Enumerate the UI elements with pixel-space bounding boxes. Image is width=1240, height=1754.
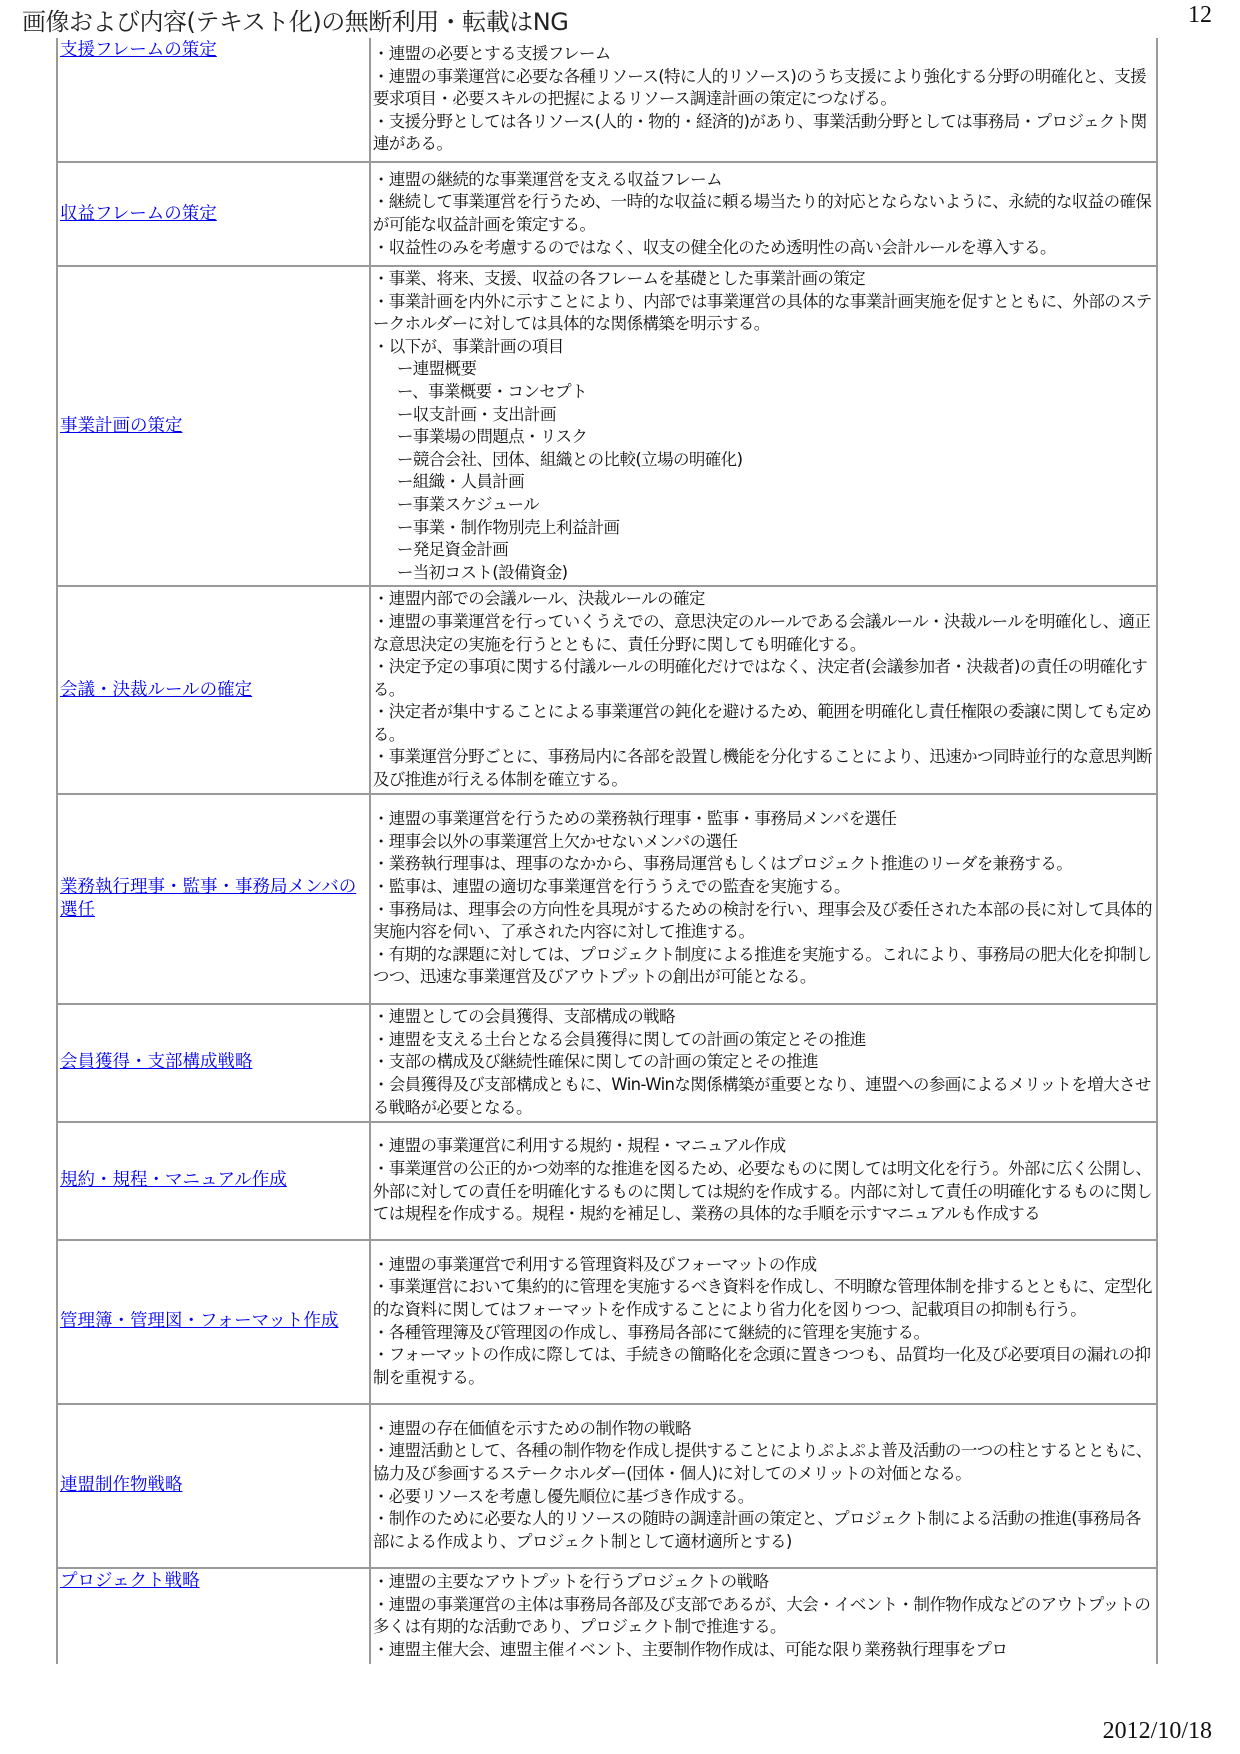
description-line: ・継続して事業運営を行うため、一時的な収益に頼る場当たり的対応とならないように、… [373, 191, 1154, 236]
table-row: 管理簿・管理図・フォーマット作成 ・連盟の事業運営で利用する管理資料及びフォーマ… [57, 1240, 1157, 1404]
item-link[interactable]: 会員獲得・支部構成戦略 [60, 1052, 253, 1072]
strategy-table-body: 支援フレームの策定 ・連盟の必要とする支援フレーム ・連盟の事業運営に必要な各種… [57, 38, 1157, 1664]
description-line: ・連盟の存在価値を示すための制作物の戦略 [373, 1418, 1154, 1441]
page-date: 2012/10/18 [1103, 1718, 1212, 1745]
description-line: ・事業運営の公正的かつ効率的な推進を図るため、必要なものに関しては明文化を行う。… [373, 1158, 1154, 1226]
description-line: ・連盟の事業運営を行っていくうえでの、意思決定のルールである会議ルール・決裁ルー… [373, 611, 1154, 656]
description-line: ・フォーマットの作成に際しては、手続きの簡略化を念頭に置きつつも、品質均一化及び… [373, 1344, 1154, 1389]
item-link[interactable]: 業務執行理事・監事・事務局メンバの選任 [60, 877, 356, 920]
description-line: ・連盟活動として、各種の制作物を作成し提供することによりぷよぷよ普及活動の一つの… [373, 1440, 1154, 1485]
table-row: 業務執行理事・監事・事務局メンバの選任 ・連盟の事業運営を行うための業務執行理事… [57, 794, 1157, 1004]
table-row: 支援フレームの策定 ・連盟の必要とする支援フレーム ・連盟の事業運営に必要な各種… [57, 38, 1157, 162]
description-line: ・連盟を支える土台となる会員獲得に関しての計画の策定とその推進 [373, 1029, 1154, 1052]
item-link[interactable]: 支援フレームの策定 [60, 40, 217, 60]
description-line: ・連盟内部での会議ルール、決裁ルールの確定 [373, 588, 1154, 611]
plan-sub-item: ー、事業概要・コンセプト [373, 381, 1154, 404]
table-row: 収益フレームの策定 ・連盟の継続的な事業運営を支える収益フレーム ・継続して事業… [57, 162, 1157, 266]
table-row: 会議・決裁ルールの確定 ・連盟内部での会議ルール、決裁ルールの確定 ・連盟の事業… [57, 586, 1157, 793]
row-description-cell: ・事業、将来、支援、収益の各フレームを基礎とした事業計画の策定 ・事業計画を内外… [370, 266, 1157, 586]
row-title-cell: 業務執行理事・監事・事務局メンバの選任 [57, 794, 370, 1004]
row-description-cell: ・連盟の継続的な事業運営を支える収益フレーム ・継続して事業運営を行うため、一時… [370, 162, 1157, 266]
row-description-cell: ・連盟の事業運営で利用する管理資料及びフォーマットの作成 ・事業運営において集約… [370, 1240, 1157, 1404]
description-line: ・有期的な課題に対しては、プロジェクト制度による推進を実施する。これにより、事務… [373, 944, 1154, 989]
row-title-cell: 管理簿・管理図・フォーマット作成 [57, 1240, 370, 1404]
description-line: ・監事は、連盟の適切な事業運営を行ううえでの監査を実施する。 [373, 876, 1154, 899]
description-line: ・理事会以外の事業運営上欠かせないメンバの選任 [373, 831, 1154, 854]
description-line: ・支部の構成及び継続性確保に関しての計画の策定とその推進 [373, 1051, 1154, 1074]
plan-sub-item: ー連盟概要 [373, 358, 1154, 381]
row-description-cell: ・連盟の主要なアウトプットを行うプロジェクトの戦略 ・連盟の事業運営の主体は事務… [370, 1568, 1157, 1664]
description-line: ・事業運営において集約的に管理を実施するべき資料を作成し、不明瞭な管理体制を排す… [373, 1276, 1154, 1321]
description-line: ・以下が、事業計画の項目 [373, 336, 1154, 359]
table-row: 事業計画の策定 ・事業、将来、支援、収益の各フレームを基礎とした事業計画の策定 … [57, 266, 1157, 586]
row-title-cell: プロジェクト戦略 [57, 1568, 370, 1664]
description-line: ・事業計画を内外に示すことにより、内部では事業運営の具体的な事業計画実施を促すと… [373, 291, 1154, 336]
plan-sub-item: ー事業場の問題点・リスク [373, 426, 1154, 449]
plan-sub-item: ー競合会社、団体、組織との比較(立場の明確化) [373, 449, 1154, 472]
row-description-cell: ・連盟の必要とする支援フレーム ・連盟の事業運営に必要な各種リソース(特に人的リ… [370, 38, 1157, 162]
item-link[interactable]: 管理簿・管理図・フォーマット作成 [60, 1311, 338, 1331]
description-line: ・連盟の事業運営を行うための業務執行理事・監事・事務局メンバを選任 [373, 808, 1154, 831]
row-title-cell: 会議・決裁ルールの確定 [57, 586, 370, 793]
page-header-notice: 画像および内容(テキスト化)の無断利用・転載はNG [22, 2, 568, 37]
item-link[interactable]: 規約・規程・マニュアル作成 [60, 1170, 287, 1190]
item-link[interactable]: 会議・決裁ルールの確定 [60, 680, 252, 700]
description-line: ・連盟の事業運営の主体は事務局各部及び支部であるが、大会・イベント・制作物作成な… [373, 1594, 1154, 1639]
description-line: ・事業運営分野ごとに、事務局内に各部を設置し機能を分化することにより、迅速かつ同… [373, 746, 1154, 791]
plan-sub-item: ー事業スケジュール [373, 494, 1154, 517]
description-line: ・連盟の事業運営に利用する規約・規程・マニュアル作成 [373, 1135, 1154, 1158]
strategy-table: 支援フレームの策定 ・連盟の必要とする支援フレーム ・連盟の事業運営に必要な各種… [56, 38, 1158, 1664]
description-line: ・決定予定の事項に関する付議ルールの明確化だけではなく、決定者(会議参加者・決裁… [373, 656, 1154, 701]
description-line: ・連盟の継続的な事業運営を支える収益フレーム [373, 169, 1154, 192]
page-number: 12 [1188, 2, 1212, 29]
table-row: プロジェクト戦略 ・連盟の主要なアウトプットを行うプロジェクトの戦略 ・連盟の事… [57, 1568, 1157, 1664]
row-title-cell: 規約・規程・マニュアル作成 [57, 1122, 370, 1240]
row-description-cell: ・連盟の事業運営を行うための業務執行理事・監事・事務局メンバを選任 ・理事会以外… [370, 794, 1157, 1004]
plan-sub-item: ー事業・制作物別売上利益計画 [373, 517, 1154, 540]
row-description-cell: ・連盟としての会員獲得、支部構成の戦略 ・連盟を支える土台となる会員獲得に関して… [370, 1004, 1157, 1122]
item-link[interactable]: 連盟制作物戦略 [60, 1475, 183, 1495]
item-link[interactable]: 事業計画の策定 [60, 416, 183, 436]
description-line: ・収益性のみを考慮するのではなく、収支の健全化のため透明性の高い会計ルールを導入… [373, 237, 1154, 260]
description-line: ・決定者が集中することによる事業運営の鈍化を避けるため、範囲を明確化し責任権限の… [373, 701, 1154, 746]
description-line: ・連盟の事業運営に必要な各種リソース(特に人的リソース)のうち支援により強化する… [373, 66, 1154, 111]
row-description-cell: ・連盟内部での会議ルール、決裁ルールの確定 ・連盟の事業運営を行っていくうえでの… [370, 586, 1157, 793]
plan-sub-item: ー収支計画・支出計画 [373, 404, 1154, 427]
plan-sub-item: ー発足資金計画 [373, 539, 1154, 562]
description-line: ・業務執行理事は、理事のなかから、事務局運営もしくはプロジェクト推進のリーダを兼… [373, 853, 1154, 876]
description-line: ・事務局は、理事会の方向性を具現がするための検討を行い、理事会及び委任された本部… [373, 899, 1154, 944]
description-line: ・制作のために必要な人的リソースの随時の調達計画の策定と、プロジェクト制による活… [373, 1508, 1154, 1553]
row-title-cell: 事業計画の策定 [57, 266, 370, 586]
row-description-cell: ・連盟の事業運営に利用する規約・規程・マニュアル作成 ・事業運営の公正的かつ効率… [370, 1122, 1157, 1240]
description-line: ・連盟の事業運営で利用する管理資料及びフォーマットの作成 [373, 1254, 1154, 1277]
row-description-cell: ・連盟の存在価値を示すための制作物の戦略 ・連盟活動として、各種の制作物を作成し… [370, 1404, 1157, 1568]
row-title-cell: 連盟制作物戦略 [57, 1404, 370, 1568]
table-row: 規約・規程・マニュアル作成 ・連盟の事業運営に利用する規約・規程・マニュアル作成… [57, 1122, 1157, 1240]
description-line: ・連盟主催大会、連盟主催イベント、主要制作物作成は、可能な限り業務執行理事をプロ [373, 1639, 1154, 1662]
plan-sub-item: ー当初コスト(設備資金) [373, 562, 1154, 585]
description-line: ・各種管理簿及び管理図の作成し、事務局各部にて継続的に管理を実施する。 [373, 1322, 1154, 1345]
plan-sub-item: ー組織・人員計画 [373, 471, 1154, 494]
description-line: ・連盟の必要とする支援フレーム [373, 43, 1154, 66]
row-title-cell: 支援フレームの策定 [57, 38, 370, 162]
description-line: ・支援分野としては各リソース(人的・物的・経済的)があり、事業活動分野としては事… [373, 111, 1154, 156]
description-line: ・会員獲得及び支部構成ともに、Win-Winな関係構築が重要となり、連盟への参画… [373, 1074, 1154, 1119]
table-row: 連盟制作物戦略 ・連盟の存在価値を示すための制作物の戦略 ・連盟活動として、各種… [57, 1404, 1157, 1568]
row-title-cell: 収益フレームの策定 [57, 162, 370, 266]
row-title-cell: 会員獲得・支部構成戦略 [57, 1004, 370, 1122]
table-row: 会員獲得・支部構成戦略 ・連盟としての会員獲得、支部構成の戦略 ・連盟を支える土… [57, 1004, 1157, 1122]
description-line: ・連盟としての会員獲得、支部構成の戦略 [373, 1006, 1154, 1029]
item-link[interactable]: 収益フレームの策定 [60, 204, 217, 224]
description-line: ・事業、将来、支援、収益の各フレームを基礎とした事業計画の策定 [373, 268, 1154, 291]
description-line: ・必要リソースを考慮し優先順位に基づき作成する。 [373, 1486, 1154, 1509]
item-link[interactable]: プロジェクト戦略 [60, 1571, 200, 1591]
description-line: ・連盟の主要なアウトプットを行うプロジェクトの戦略 [373, 1571, 1154, 1594]
